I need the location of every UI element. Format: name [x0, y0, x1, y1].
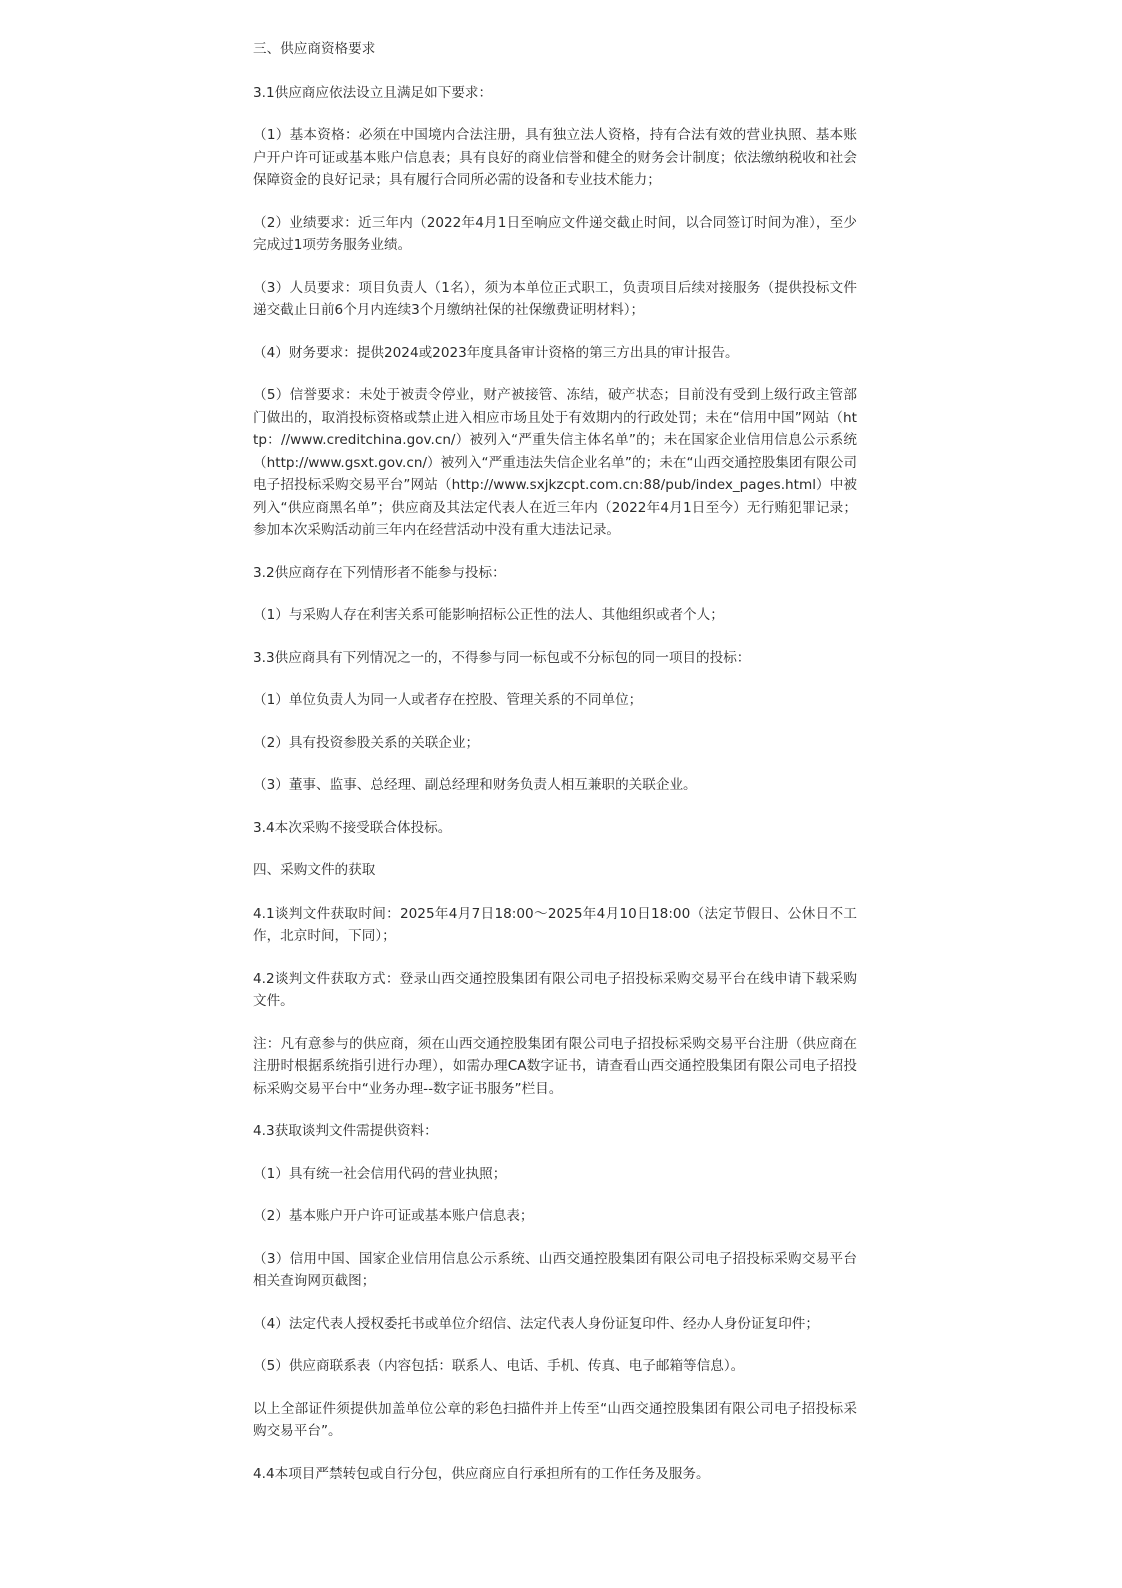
clause-3-1: 3.1供应商应依法设立且满足如下要求： — [253, 82, 857, 105]
item-credit-requirement: （5）信誉要求：未处于被责令停业，财产被接管、冻结，破产状态；目前没有受到上级行… — [253, 384, 857, 542]
clause-3-3: 3.3供应商具有下列情况之一的，不得参与同一标包或不分标包的同一项目的投标： — [253, 647, 857, 670]
item-conflict-of-interest: （1）与采购人存在利害关系可能影响招标公正性的法人、其他组织或者个人； — [253, 604, 857, 627]
item-financial-requirement: （4）财务要求：提供2024或2023年度具备审计资格的第三方出具的审计报告。 — [253, 342, 857, 365]
note-upload: 以上全部证件须提供加盖单位公章的彩色扫描件并上传至“山西交通控股集团有限公司电子… — [253, 1398, 857, 1443]
item-business-license: （1）具有统一社会信用代码的营业执照； — [253, 1163, 857, 1186]
document-page: 三、供应商资格要求 3.1供应商应依法设立且满足如下要求： （1）基本资格：必须… — [253, 38, 857, 1505]
clause-3-4: 3.4本次采购不接受联合体投标。 — [253, 817, 857, 840]
clause-4-4: 4.4本项目严禁转包或自行分包，供应商应自行承担所有的工作任务及服务。 — [253, 1463, 857, 1486]
clause-4-2: 4.2谈判文件获取方式：登录山西交通控股集团有限公司电子招投标采购交易平台在线申… — [253, 968, 857, 1013]
item-performance-requirement: （2）业绩要求：近三年内（2022年4月1日至响应文件递交截止时间，以合同签订时… — [253, 212, 857, 257]
item-same-responsible-person: （1）单位负责人为同一人或者存在控股、管理关系的不同单位； — [253, 689, 857, 712]
note-registration: 注：凡有意参与的供应商，须在山西交通控股集团有限公司电子招投标采购交易平台注册（… — [253, 1033, 857, 1101]
item-cross-position: （3）董事、监事、总经理、副总经理和财务负责人相互兼职的关联企业。 — [253, 774, 857, 797]
clause-4-1: 4.1谈判文件获取时间：2025年4月7日18:00～2025年4月10日18:… — [253, 903, 857, 948]
item-credit-screenshots: （3）信用中国、国家企业信用信息公示系统、山西交通控股集团有限公司电子招投标采购… — [253, 1248, 857, 1293]
clause-4-3: 4.3获取谈判文件需提供资料： — [253, 1120, 857, 1143]
item-personnel-requirement: （3）人员要求：项目负责人（1名），须为本单位正式职工，负责项目后续对接服务（提… — [253, 277, 857, 322]
clause-3-2: 3.2供应商存在下列情形者不能参与投标： — [253, 562, 857, 585]
item-authorization-letter: （4）法定代表人授权委托书或单位介绍信、法定代表人身份证复印件、经办人身份证复印… — [253, 1313, 857, 1336]
section-heading-3: 三、供应商资格要求 — [253, 38, 857, 61]
item-bank-account-permit: （2）基本账户开户许可证或基本账户信息表； — [253, 1205, 857, 1228]
section-heading-4: 四、采购文件的获取 — [253, 859, 857, 882]
item-contact-form: （5）供应商联系表（内容包括：联系人、电话、手机、传真、电子邮箱等信息）。 — [253, 1355, 857, 1378]
item-investment-relation: （2）具有投资参股关系的关联企业； — [253, 732, 857, 755]
item-basic-qualification: （1）基本资格：必须在中国境内合法注册，具有独立法人资格，持有合法有效的营业执照… — [253, 124, 857, 192]
